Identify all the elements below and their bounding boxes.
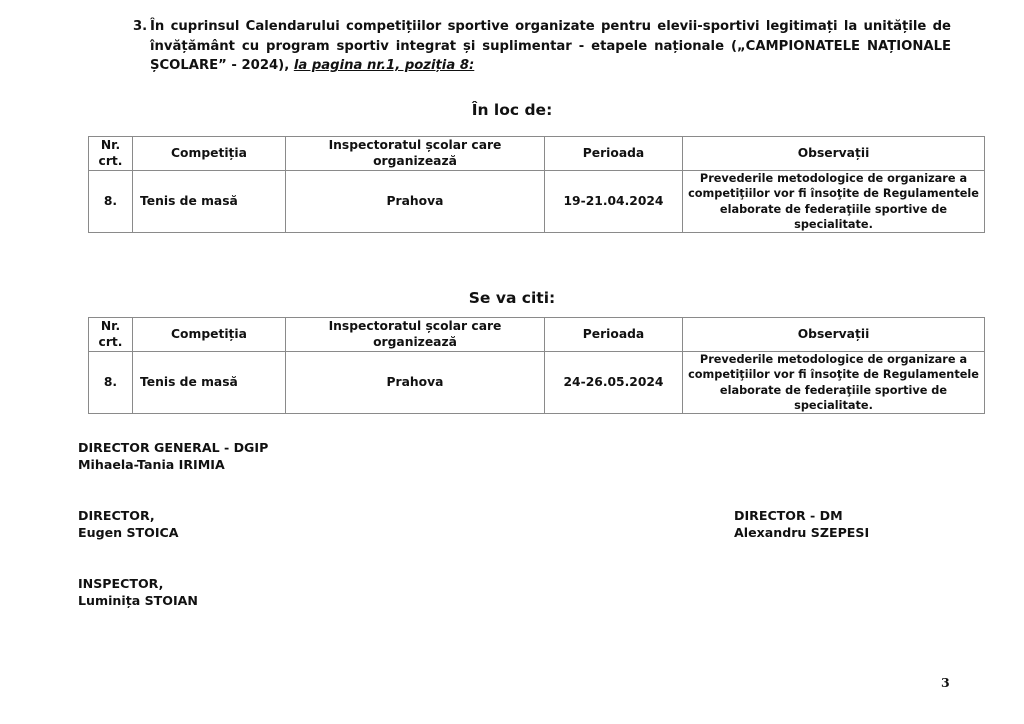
header-inspectorat: Inspectoratul școlar care organizează — [286, 137, 545, 171]
cell-perioada: 19-21.04.2024 — [545, 171, 683, 233]
signature-inspector: INSPECTOR, Luminița STOIAN — [78, 575, 198, 609]
table-row: 8. Tenis de masă Prahova 19-21.04.2024 P… — [89, 171, 985, 233]
signature-director: DIRECTOR, Eugen STOICA — [78, 507, 179, 541]
amendment-paragraph: 3. În cuprinsul Calendarului competițiil… — [133, 17, 951, 76]
page-number: 3 — [941, 675, 950, 690]
table-corrected: Nr. crt. Competiția Inspectoratul școlar… — [88, 317, 985, 414]
cell-observatii: Prevederile metodologice de organizare a… — [683, 352, 985, 414]
paragraph-text: În cuprinsul Calendarului competițiilor … — [150, 17, 951, 76]
cell-competitia: Tenis de masă — [133, 171, 286, 233]
header-observatii: Observații — [683, 318, 985, 352]
signature-role: DIRECTOR GENERAL - DGIP — [78, 439, 268, 456]
table-original: Nr. crt. Competiția Inspectoratul școlar… — [88, 136, 985, 233]
signature-director-dm: DIRECTOR - DM Alexandru SZEPESI — [734, 507, 869, 541]
cell-nr: 8. — [89, 352, 133, 414]
signature-name: Eugen STOICA — [78, 524, 179, 541]
cell-competitia: Tenis de masă — [133, 352, 286, 414]
signature-name: Alexandru SZEPESI — [734, 524, 869, 541]
header-perioada: Perioada — [545, 318, 683, 352]
heading-se-va-citi: Se va citi: — [0, 289, 1024, 307]
table-row: 8. Tenis de masă Prahova 24-26.05.2024 P… — [89, 352, 985, 414]
cell-inspectorat: Prahova — [286, 171, 545, 233]
cell-observatii: Prevederile metodologice de organizare a… — [683, 171, 985, 233]
header-inspectorat: Inspectoratul școlar care organizează — [286, 318, 545, 352]
signature-name: Luminița STOIAN — [78, 592, 198, 609]
paragraph-reference: la pagina nr.1, poziția 8: — [294, 58, 474, 73]
header-nr: Nr. crt. — [89, 318, 133, 352]
header-competitia: Competiția — [133, 318, 286, 352]
table-header-row: Nr. crt. Competiția Inspectoratul școlar… — [89, 137, 985, 171]
header-observatii: Observații — [683, 137, 985, 171]
paragraph-body: În cuprinsul Calendarului competițiilor … — [150, 19, 951, 73]
heading-in-loc-de: În loc de: — [0, 101, 1024, 119]
signature-director-general: DIRECTOR GENERAL - DGIP Mihaela-Tania IR… — [78, 439, 268, 473]
signature-role: INSPECTOR, — [78, 575, 198, 592]
signature-role: DIRECTOR - DM — [734, 507, 869, 524]
table-header-row: Nr. crt. Competiția Inspectoratul școlar… — [89, 318, 985, 352]
header-perioada: Perioada — [545, 137, 683, 171]
signature-role: DIRECTOR, — [78, 507, 179, 524]
paragraph-number: 3. — [133, 17, 147, 37]
cell-nr: 8. — [89, 171, 133, 233]
cell-perioada: 24-26.05.2024 — [545, 352, 683, 414]
header-competitia: Competiția — [133, 137, 286, 171]
cell-inspectorat: Prahova — [286, 352, 545, 414]
header-nr: Nr. crt. — [89, 137, 133, 171]
signature-name: Mihaela-Tania IRIMIA — [78, 456, 268, 473]
